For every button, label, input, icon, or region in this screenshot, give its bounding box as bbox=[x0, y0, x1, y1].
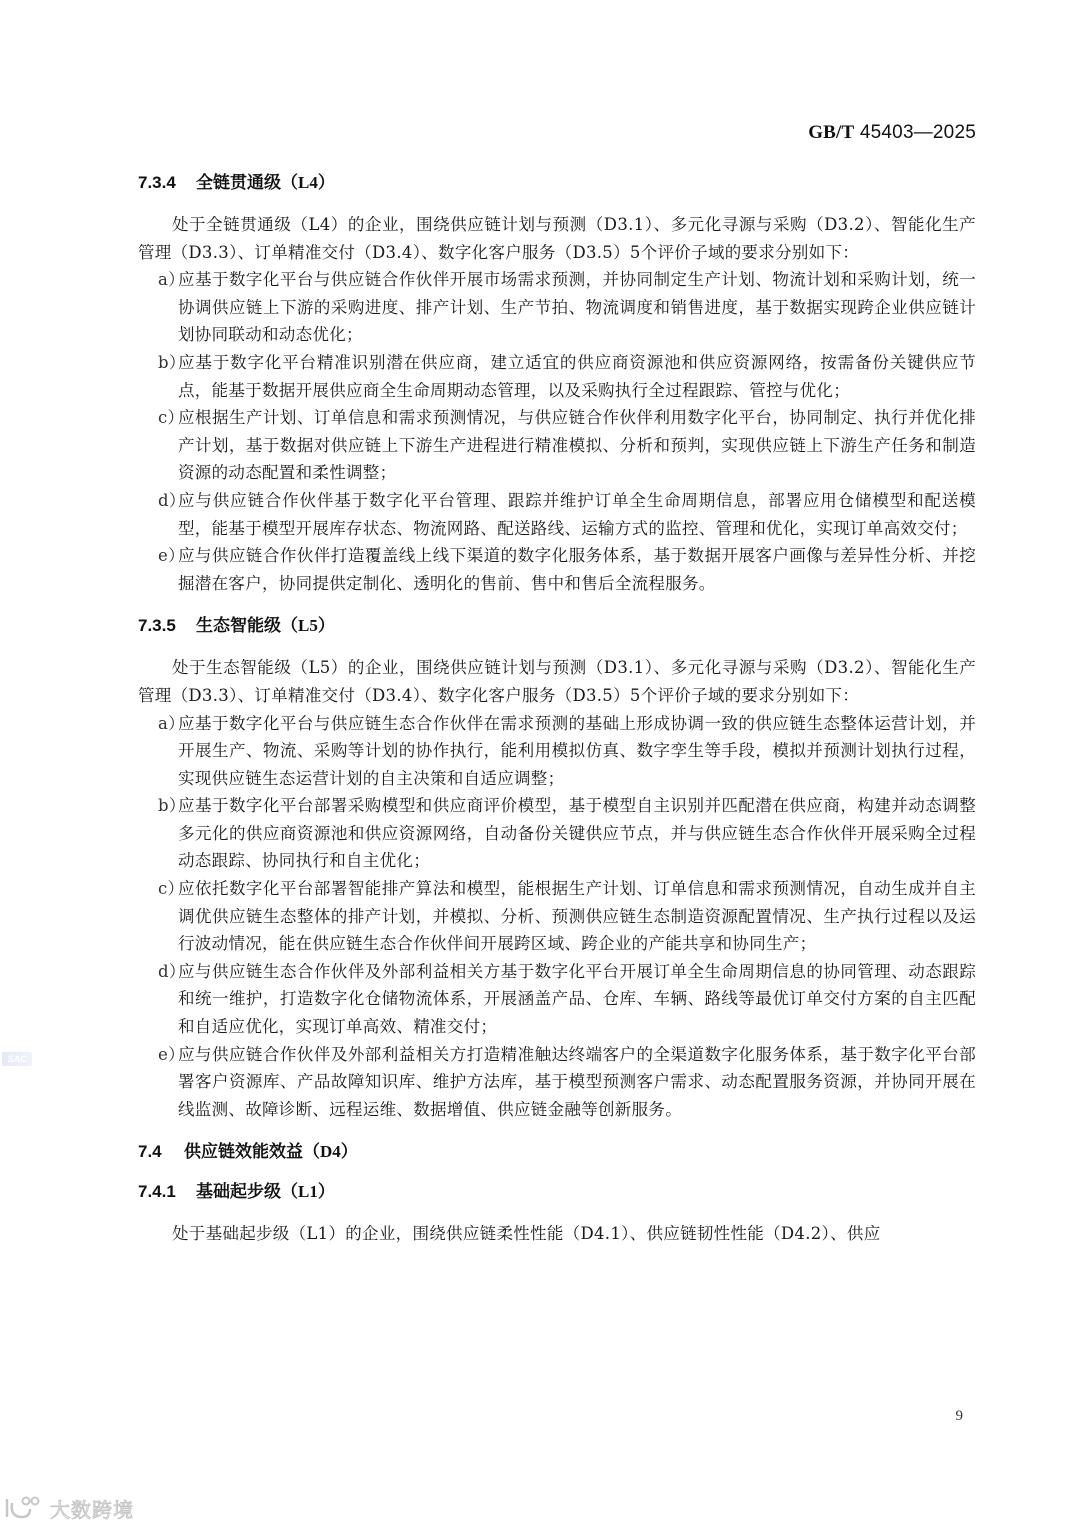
list-item: a）应基于数字化平台与供应链合作伙伴开展市场需求预测，并协同制定生产计划、物流计… bbox=[138, 266, 976, 349]
section-title: 全链贯通级（ bbox=[196, 173, 298, 192]
item-text: 应与供应链合作伙伴基于数字化平台管理、跟踪并维护订单全生命周期信息，部署应用仓储… bbox=[178, 491, 976, 538]
item-label: a） bbox=[158, 710, 185, 738]
section-number: 7.4 bbox=[138, 1137, 184, 1167]
section-title: 生态智能级（ bbox=[196, 616, 298, 635]
spacer bbox=[138, 597, 976, 611]
sac-logo-mark: SAC bbox=[2, 1052, 32, 1066]
list-item: e）应与供应链合作伙伴及外部利益相关方打造精准触达终端客户的全渠道数字化服务体系… bbox=[138, 1041, 976, 1124]
section-title-suffix: ） bbox=[341, 1142, 358, 1161]
section-intro: 处于基础起步级（L1）的企业，围绕供应链柔性性能（D4.1）、供应链韧性性能（D… bbox=[138, 1220, 976, 1248]
standard-number-header: GB/T 45403—2025 bbox=[808, 122, 976, 144]
item-text: 应根据生产计划、订单信息和需求预测情况，与供应链合作伙伴利用数字化平台，协同制定… bbox=[178, 408, 976, 482]
item-label: b） bbox=[158, 349, 186, 377]
item-label: d） bbox=[158, 487, 186, 515]
watermark-logo-icon bbox=[4, 1495, 44, 1521]
page-number: 9 bbox=[956, 1408, 964, 1425]
item-text: 应基于数字化平台与供应链合作伙伴开展市场需求预测，并协同制定生产计划、物流计划和… bbox=[178, 270, 976, 344]
requirements-list-l4: a）应基于数字化平台与供应链合作伙伴开展市场需求预测，并协同制定生产计划、物流计… bbox=[138, 266, 976, 597]
item-label: e） bbox=[158, 542, 185, 570]
section-number: 7.3.5 bbox=[138, 611, 196, 641]
item-label: a） bbox=[158, 266, 185, 294]
list-item: b）应基于数字化平台精准识别潜在供应商，建立适宜的供应商资源池和供应资源网络，按… bbox=[138, 349, 976, 404]
list-item: d）应与供应链合作伙伴基于数字化平台管理、跟踪并维护订单全生命周期信息，部署应用… bbox=[138, 487, 976, 542]
item-text: 应基于数字化平台部署采购模型和供应商评价模型，基于模型自主识别并匹配潜在供应商，… bbox=[178, 796, 976, 870]
section-heading-7-4: 7.4供应链效能效益（D4） bbox=[138, 1137, 976, 1167]
item-label: d） bbox=[158, 958, 186, 986]
item-text: 应与供应链合作伙伴打造覆盖线上线下渠道的数字化服务体系，基于数据开展客户画像与差… bbox=[178, 546, 976, 593]
item-label: c） bbox=[158, 404, 184, 432]
item-text: 应基于数字化平台精准识别潜在供应商，建立适宜的供应商资源池和供应资源网络，按需备… bbox=[178, 353, 976, 400]
section-level: L1 bbox=[298, 1182, 318, 1201]
spacer bbox=[138, 1123, 976, 1137]
section-title-suffix: ） bbox=[318, 616, 335, 635]
list-item: b）应基于数字化平台部署采购模型和供应商评价模型，基于模型自主识别并匹配潜在供应… bbox=[138, 792, 976, 875]
section-number: 7.3.4 bbox=[138, 168, 196, 198]
standard-prefix: GB/T bbox=[808, 122, 854, 143]
section-title: 供应链效能效益（ bbox=[184, 1142, 320, 1161]
item-text: 应基于数字化平台与供应链生态合作伙伴在需求预测的基础上形成协调一致的供应链生态整… bbox=[178, 714, 976, 788]
item-text: 应与供应链生态合作伙伴及外部利益相关方基于数字化平台开展订单全生命周期信息的协同… bbox=[178, 962, 976, 1036]
list-item: c）应根据生产计划、订单信息和需求预测情况，与供应链合作伙伴利用数字化平台，协同… bbox=[138, 404, 976, 487]
requirements-list-l5: a）应基于数字化平台与供应链生态合作伙伴在需求预测的基础上形成协调一致的供应链生… bbox=[138, 710, 976, 1124]
section-level: D4 bbox=[320, 1142, 341, 1161]
item-label: b） bbox=[158, 792, 186, 820]
section-level: L4 bbox=[298, 173, 318, 192]
watermark-text: 大数跨境 bbox=[50, 1494, 134, 1523]
list-item: a）应基于数字化平台与供应链生态合作伙伴在需求预测的基础上形成协调一致的供应链生… bbox=[138, 710, 976, 793]
list-item: d）应与供应链生态合作伙伴及外部利益相关方基于数字化平台开展订单全生命周期信息的… bbox=[138, 958, 976, 1041]
section-intro: 处于生态智能级（L5）的企业，围绕供应链计划与预测（D3.1）、多元化寻源与采购… bbox=[138, 654, 976, 709]
watermark: 大数跨境 bbox=[4, 1494, 134, 1522]
section-intro: 处于全链贯通级（L4）的企业，围绕供应链计划与预测（D3.1）、多元化寻源与采购… bbox=[138, 211, 976, 266]
section-heading-7-3-5: 7.3.5生态智能级（L5） bbox=[138, 611, 976, 641]
section-title: 基础起步级（ bbox=[196, 1182, 298, 1201]
section-title-suffix: ） bbox=[318, 1182, 335, 1201]
section-title-suffix: ） bbox=[318, 173, 335, 192]
section-number: 7.4.1 bbox=[138, 1177, 196, 1207]
document-body: 7.3.4全链贯通级（L4） 处于全链贯通级（L4）的企业，围绕供应链计划与预测… bbox=[138, 168, 976, 1248]
item-label: e） bbox=[158, 1041, 185, 1069]
list-item: e）应与供应链合作伙伴打造覆盖线上线下渠道的数字化服务体系，基于数据开展客户画像… bbox=[138, 542, 976, 597]
section-level: L5 bbox=[298, 616, 318, 635]
item-text: 应与供应链合作伙伴及外部利益相关方打造精准触达终端客户的全渠道数字化服务体系，基… bbox=[178, 1045, 976, 1119]
list-item: c）应依托数字化平台部署智能排产算法和模型，能根据生产计划、订单信息和需求预测情… bbox=[138, 875, 976, 958]
item-label: c） bbox=[158, 875, 184, 903]
standard-code: 45403—2025 bbox=[854, 122, 976, 143]
item-text: 应依托数字化平台部署智能排产算法和模型，能根据生产计划、订单信息和需求预测情况，… bbox=[178, 879, 976, 953]
spacer bbox=[138, 1167, 976, 1177]
section-heading-7-3-4: 7.3.4全链贯通级（L4） bbox=[138, 168, 976, 198]
section-heading-7-4-1: 7.4.1基础起步级（L1） bbox=[138, 1177, 976, 1207]
